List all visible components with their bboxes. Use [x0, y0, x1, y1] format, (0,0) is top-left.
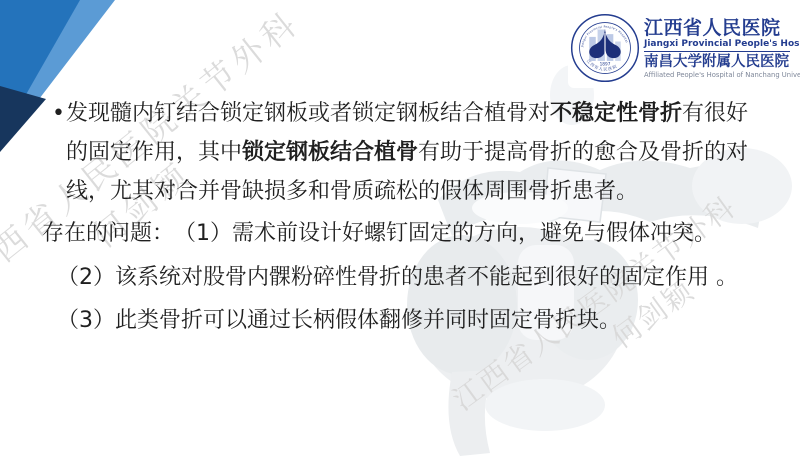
problem-statement-2: （2）该系统对股骨内髁粉碎性骨折的患者不能起到很好的固定作用 。: [57, 260, 738, 291]
paragraph-line-2: 的固定作用，其中锁定钢板结合植骨有助于提高骨折的愈合及骨折的对: [66, 133, 756, 172]
text-segment: 有很好: [682, 101, 748, 126]
bold-term-unstable-fracture: 不稳定性骨折: [550, 101, 682, 126]
problem-statement-1: 存在的问题： （1）需术前设计好螺钉固定的方向，避免与假体冲突。: [42, 216, 716, 247]
presentation-slide: 江西省人民医院关节外科 何剑颖 江西省人民医院关节外科 何剑颖 1897 Jia…: [0, 0, 800, 457]
problem-statement-3: （3）此类骨折可以通过长柄假体翻修并同时固定骨折块。: [57, 303, 621, 334]
bold-term-locking-plate-graft: 锁定钢板结合植骨: [242, 140, 418, 165]
text-segment: 有助于提高骨折的愈合及骨折的对: [418, 140, 748, 165]
text-segment: 线，尤其对合并骨缺损多和骨质疏松的假体周围骨折患者。: [66, 179, 638, 204]
slide-content: • 发现髓内钉结合锁定钢板或者锁定钢板结合植骨对不稳定性骨折有很好 的固定作用，…: [0, 0, 800, 457]
text-segment: 发现髓内钉结合锁定钢板或者锁定钢板结合植骨对: [66, 101, 550, 126]
text-segment: 的固定作用，其中: [66, 140, 242, 165]
finding-paragraph: • 发现髓内钉结合锁定钢板或者锁定钢板结合植骨对不稳定性骨折有很好 的固定作用，…: [66, 94, 756, 211]
paragraph-line-1: 发现髓内钉结合锁定钢板或者锁定钢板结合植骨对不稳定性骨折有很好: [66, 94, 756, 133]
bullet-icon: •: [52, 94, 65, 133]
paragraph-line-3: 线，尤其对合并骨缺损多和骨质疏松的假体周围骨折患者。: [66, 172, 756, 211]
